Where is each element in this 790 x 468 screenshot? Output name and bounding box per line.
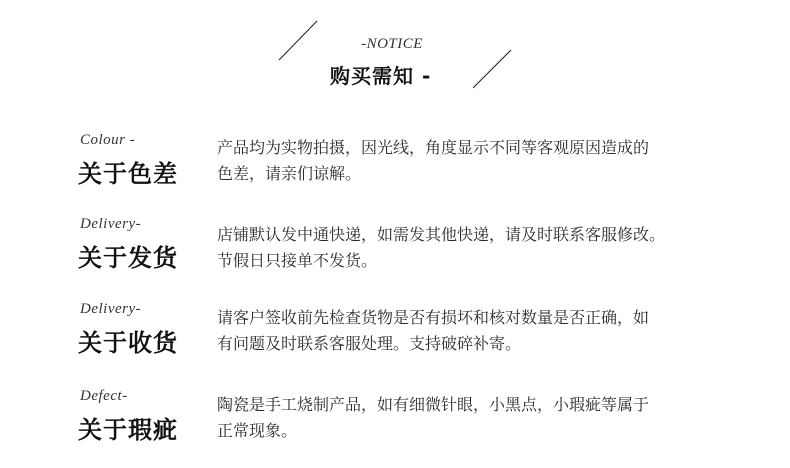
body-line: 节假日只接单不发货。 <box>217 248 757 274</box>
section-en-label: Defect- <box>80 388 128 405</box>
body-line: 产品均为实物拍摄，因光线，角度显示不同等客观原因造成的 <box>217 135 757 161</box>
section-cn-title: 关于色差 <box>78 154 178 189</box>
section-cn-title: 关于瑕疵 <box>78 410 178 445</box>
page-title: 购买需知 - <box>330 60 431 89</box>
section-en-label: Colour - <box>80 132 135 149</box>
body-line: 店铺默认发中通快递，如需发其他快递，请及时联系客服修改。 <box>217 222 757 248</box>
section-body: 陶瓷是手工烧制产品，如有细微针眼，小黑点，小瑕疵等属于 正常现象。 <box>217 392 757 444</box>
section-body: 请客户签收前先检查货物是否有损坏和核对数量是否正确，如 有问题及时联系客服处理。… <box>217 305 757 357</box>
body-line: 陶瓷是手工烧制产品，如有细微针眼，小黑点，小瑕疵等属于 <box>217 392 757 418</box>
section-cn-title: 关于发货 <box>78 238 178 273</box>
section-en-label: Delivery- <box>80 216 141 233</box>
section-body: 产品均为实物拍摄，因光线，角度显示不同等客观原因造成的 色差，请亲们谅解。 <box>217 135 757 187</box>
notice-subtitle: -NOTICE <box>352 36 432 53</box>
section-cn-title: 关于收货 <box>78 323 178 358</box>
body-line: 正常现象。 <box>217 418 757 444</box>
body-line: 有问题及时联系客服处理。支持破碎补寄。 <box>217 331 757 357</box>
body-line: 请客户签收前先检查货物是否有损坏和核对数量是否正确，如 <box>217 305 757 331</box>
section-body: 店铺默认发中通快递，如需发其他快递，请及时联系客服修改。 节假日只接单不发货。 <box>217 222 757 274</box>
section-en-label: Delivery- <box>80 301 141 318</box>
body-line: 色差，请亲们谅解。 <box>217 161 757 187</box>
